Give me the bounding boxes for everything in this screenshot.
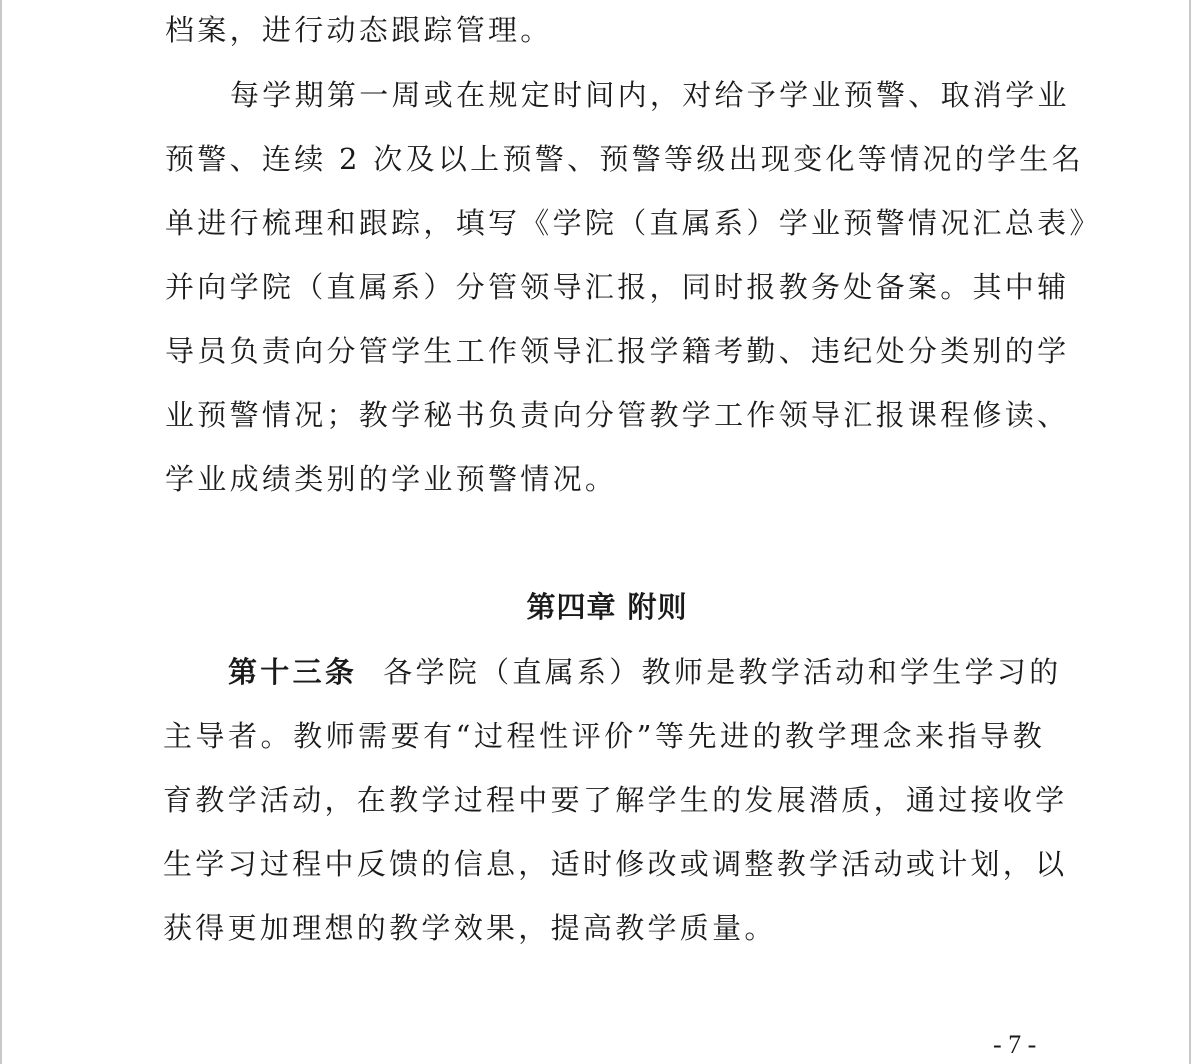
- article-line: 获得更加理想的教学效果，提高教学质量。: [163, 911, 1045, 945]
- paragraph-continuation-line: 档案，进行动态跟踪管理。: [165, 13, 1047, 47]
- article-text: 各学院（直属系）教师是教学活动和学生学习的: [383, 655, 1061, 689]
- paragraph-line: 单进行梳理和跟踪，填写《学院（直属系）学业预警情况汇总表》: [165, 206, 1047, 240]
- paragraph-line: 每学期第一周或在规定时间内，对给予学业预警、取消学业: [230, 78, 1047, 112]
- document-page: 档案，进行动态跟踪管理。 每学期第一周或在规定时间内，对给予学业预警、取消学业 …: [0, 0, 1194, 1064]
- article-line: 生学习过程中反馈的信息，适时修改或调整教学活动或计划，以: [163, 847, 1041, 881]
- paragraph-line: 并向学院（直属系）分管领导汇报，同时报教务处备案。其中辅: [165, 270, 1047, 304]
- paragraph-line: 预警、连续 2 次及以上预警、预警等级出现变化等情况的学生名: [165, 142, 1047, 176]
- paragraph-line: 学业成绩类别的学业预警情况。: [165, 462, 1047, 496]
- article-13-first-line: 第十三条各学院（直属系）教师是教学活动和学生学习的: [228, 655, 1043, 689]
- paragraph-line: 导员负责向分管学生工作领导汇报学籍考勤、违纪处分类别的学: [165, 334, 1047, 368]
- page-number: - 7 -: [993, 1030, 1036, 1060]
- article-label: 第十三条: [228, 655, 357, 689]
- article-line: 主导者。教师需要有“过程性评价”等先进的教学理念来指导教: [163, 719, 1045, 753]
- paragraph-line: 业预警情况；教学秘书负责向分管教学工作领导汇报课程修读、: [165, 398, 1047, 432]
- article-line: 育教学活动，在教学过程中要了解学生的发展潜质，通过接收学: [163, 783, 1041, 817]
- chapter-heading: 第四章 附则: [10, 590, 1194, 624]
